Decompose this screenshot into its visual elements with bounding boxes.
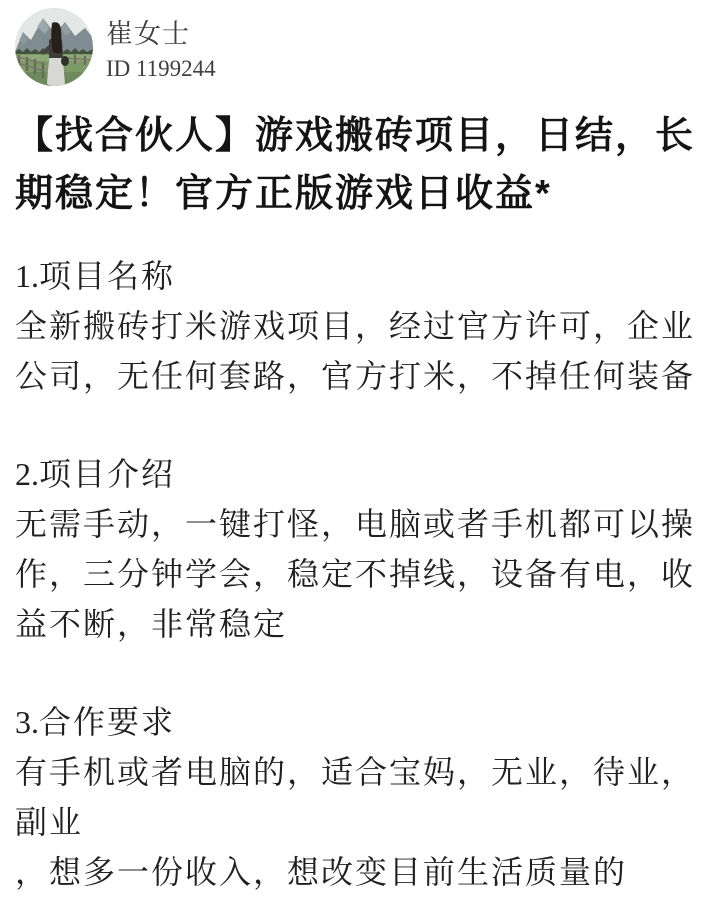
section-number: 1. [15,258,39,294]
user-header[interactable]: 崔女士 ID 1199244 [15,8,713,86]
post-page: 崔女士 ID 1199244 【找合伙人】游戏搬砖项目，日结，长 期稳定！官方正… [0,0,728,920]
body-line: 全新搬砖打米游戏项目，经过官方许可，企业 [15,301,713,351]
section-heading: 1.项目名称 [15,251,713,301]
avatar-landscape-image [15,8,93,86]
body-line: ，想多一份收入，想改变目前生活质量的 [15,847,713,897]
body-line: 益不断，非常稳定 [15,599,713,649]
section-number: 2. [15,456,39,492]
body-line: 作，三分钟学会，稳定不掉线，设备有电，收 [15,549,713,599]
post-title: 【找合伙人】游戏搬砖项目，日结，长 期稳定！官方正版游戏日收益* [15,107,713,223]
section-heading-label: 项目名称 [39,258,175,294]
section-project-name: 1.项目名称 全新搬砖打米游戏项目，经过官方许可，企业 公司，无任何套路，官方打… [15,251,713,401]
section-cooperation-requirements: 3.合作要求 有手机或者电脑的，适合宝妈，无业，待业， 副业 ，想多一份收入，想… [15,697,713,897]
body-line: 无需手动，一键打怪，电脑或者手机都可以操 [15,499,713,549]
user-avatar[interactable] [15,8,93,86]
user-name: 崔女士 [106,17,216,51]
body-line: 公司，无任何套路，官方打米，不掉任何装备 [15,351,713,401]
section-project-intro: 2.项目介绍 无需手动，一键打怪，电脑或者手机都可以操 作，三分钟学会，稳定不掉… [15,449,713,649]
section-heading: 2.项目介绍 [15,449,713,499]
post-title-line: 【找合伙人】游戏搬砖项目，日结，长 [15,107,713,165]
section-number: 3. [15,704,39,740]
user-id: ID 1199244 [106,54,216,84]
body-line: 有手机或者电脑的，适合宝妈，无业，待业， [15,747,713,797]
section-heading-label: 合作要求 [39,704,175,740]
post-title-line: 期稳定！官方正版游戏日收益* [15,165,713,223]
section-heading-label: 项目介绍 [39,456,175,492]
user-meta: 崔女士 ID 1199244 [106,8,216,84]
section-heading: 3.合作要求 [15,697,713,747]
body-line: 副业 [15,797,713,847]
